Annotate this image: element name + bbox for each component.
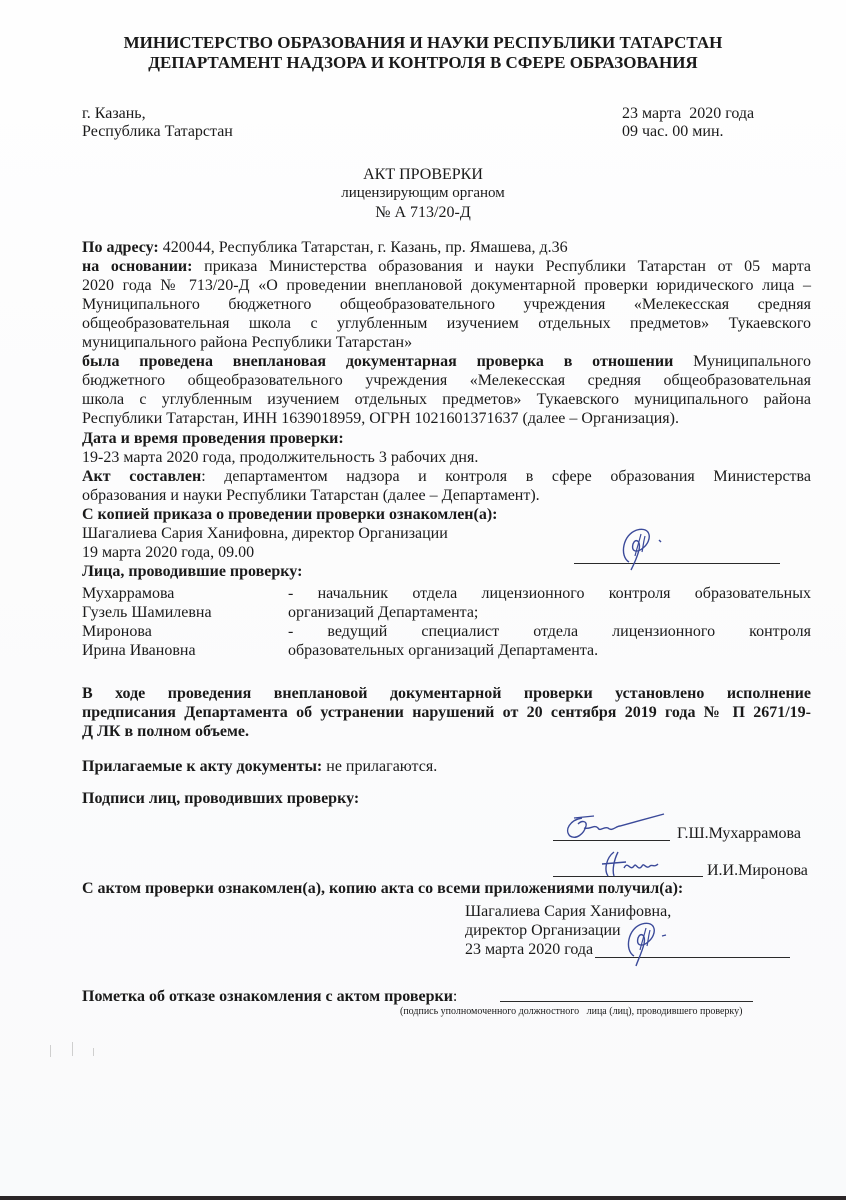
act-number: № А 713/20-Д bbox=[0, 203, 846, 222]
scan-artifact bbox=[72, 1042, 73, 1056]
attachments-label: Прилагаемые к акту документы: bbox=[82, 758, 322, 775]
receipt-position: директор Организации bbox=[465, 921, 621, 940]
refusal-signature-line bbox=[500, 1001, 753, 1002]
signer2-name: И.И.Миронова bbox=[707, 861, 808, 880]
inspector-surname: Мухаррамова bbox=[82, 584, 174, 603]
scan-edge bbox=[0, 1196, 846, 1200]
city: г. Казань, bbox=[82, 104, 146, 123]
act-subtitle: лицензирующим органом bbox=[0, 185, 846, 202]
attachments-line: Прилагаемые к акту документы: не прилага… bbox=[82, 757, 437, 776]
basis-paragraph: на основании: приказа Министерства образ… bbox=[82, 257, 811, 352]
dates-value: 19-23 марта 2020 года, продолжительность… bbox=[82, 448, 478, 467]
signature-icon bbox=[620, 918, 670, 968]
inspectors-label: Лица, проводившие проверку: bbox=[82, 562, 302, 581]
order-ack-label: С копией приказа о проведении проверки о… bbox=[82, 505, 498, 524]
scan-artifact bbox=[93, 1048, 94, 1056]
act-date: 23 марта 2020 года bbox=[622, 104, 754, 123]
signature-icon bbox=[615, 526, 665, 572]
department-header: ДЕПАРТАМЕНТ НАДЗОРА И КОНТРОЛЯ В СФЕРЕ О… bbox=[0, 53, 846, 73]
refusal-label: Пометка об отказе ознакомления с актом п… bbox=[82, 988, 453, 1005]
attachments-value: не прилагаются. bbox=[322, 758, 437, 775]
signatures-label: Подписи лиц, проводивших проверку: bbox=[82, 789, 359, 808]
scan-artifact bbox=[50, 1045, 51, 1057]
order-ack-signature-line bbox=[574, 563, 780, 564]
inspector-name: Гузель Шамилевна bbox=[82, 603, 212, 622]
act-time: 09 час. 00 мин. bbox=[622, 122, 724, 141]
signature-icon bbox=[560, 812, 670, 844]
inspector-role: - начальник отдела лицензионного контрол… bbox=[288, 584, 811, 622]
address-value: 420044, Республика Татарстан, г. Казань,… bbox=[159, 239, 568, 256]
document-page: МИНИСТЕРСТВО ОБРАЗОВАНИЯ И НАУКИ РЕСПУБЛ… bbox=[0, 0, 846, 1200]
compiled-label: Акт составлен bbox=[82, 468, 201, 485]
finding-paragraph: В ходе проведения внеплановой документар… bbox=[82, 684, 811, 741]
inspector-surname: Миронова bbox=[82, 622, 152, 641]
dates-label: Дата и время проведения проверки: bbox=[82, 429, 344, 448]
inspection-label: была проведена внеплановая документарная… bbox=[82, 353, 673, 370]
address-label: По адресу: bbox=[82, 239, 159, 256]
refusal-line: Пометка об отказе ознакомления с актом п… bbox=[82, 987, 457, 1006]
signer1-name: Г.Ш.Мухаррамова bbox=[677, 824, 801, 843]
address-line: По адресу: 420044, Республика Татарстан,… bbox=[82, 238, 568, 257]
region: Республика Татарстан bbox=[82, 122, 233, 141]
basis-label: на основании: bbox=[82, 258, 192, 275]
compiled-paragraph: Акт составлен: департаментом надзора и к… bbox=[82, 467, 811, 505]
inspection-paragraph: была проведена внеплановая документарная… bbox=[82, 352, 811, 428]
ministry-header: МИНИСТЕРСТВО ОБРАЗОВАНИЯ И НАУКИ РЕСПУБЛ… bbox=[0, 33, 846, 53]
act-title: АКТ ПРОВЕРКИ bbox=[0, 165, 846, 184]
receipt-date: 23 марта 2020 года bbox=[465, 940, 593, 959]
signature-icon bbox=[596, 848, 666, 880]
order-ack-person: Шагалиева Сария Ханифовна, директор Орга… bbox=[82, 524, 448, 543]
order-ack-date: 19 марта 2020 года, 09.00 bbox=[82, 543, 254, 562]
inspector-name: Ирина Ивановна bbox=[82, 641, 196, 660]
inspector-role: - ведущий специалист отдела лицензионног… bbox=[288, 622, 811, 660]
receipt-label: С актом проверки ознакомлен(а), копию ак… bbox=[82, 879, 683, 898]
refusal-caption: (подпись уполномоченного должностного ли… bbox=[400, 1006, 742, 1017]
